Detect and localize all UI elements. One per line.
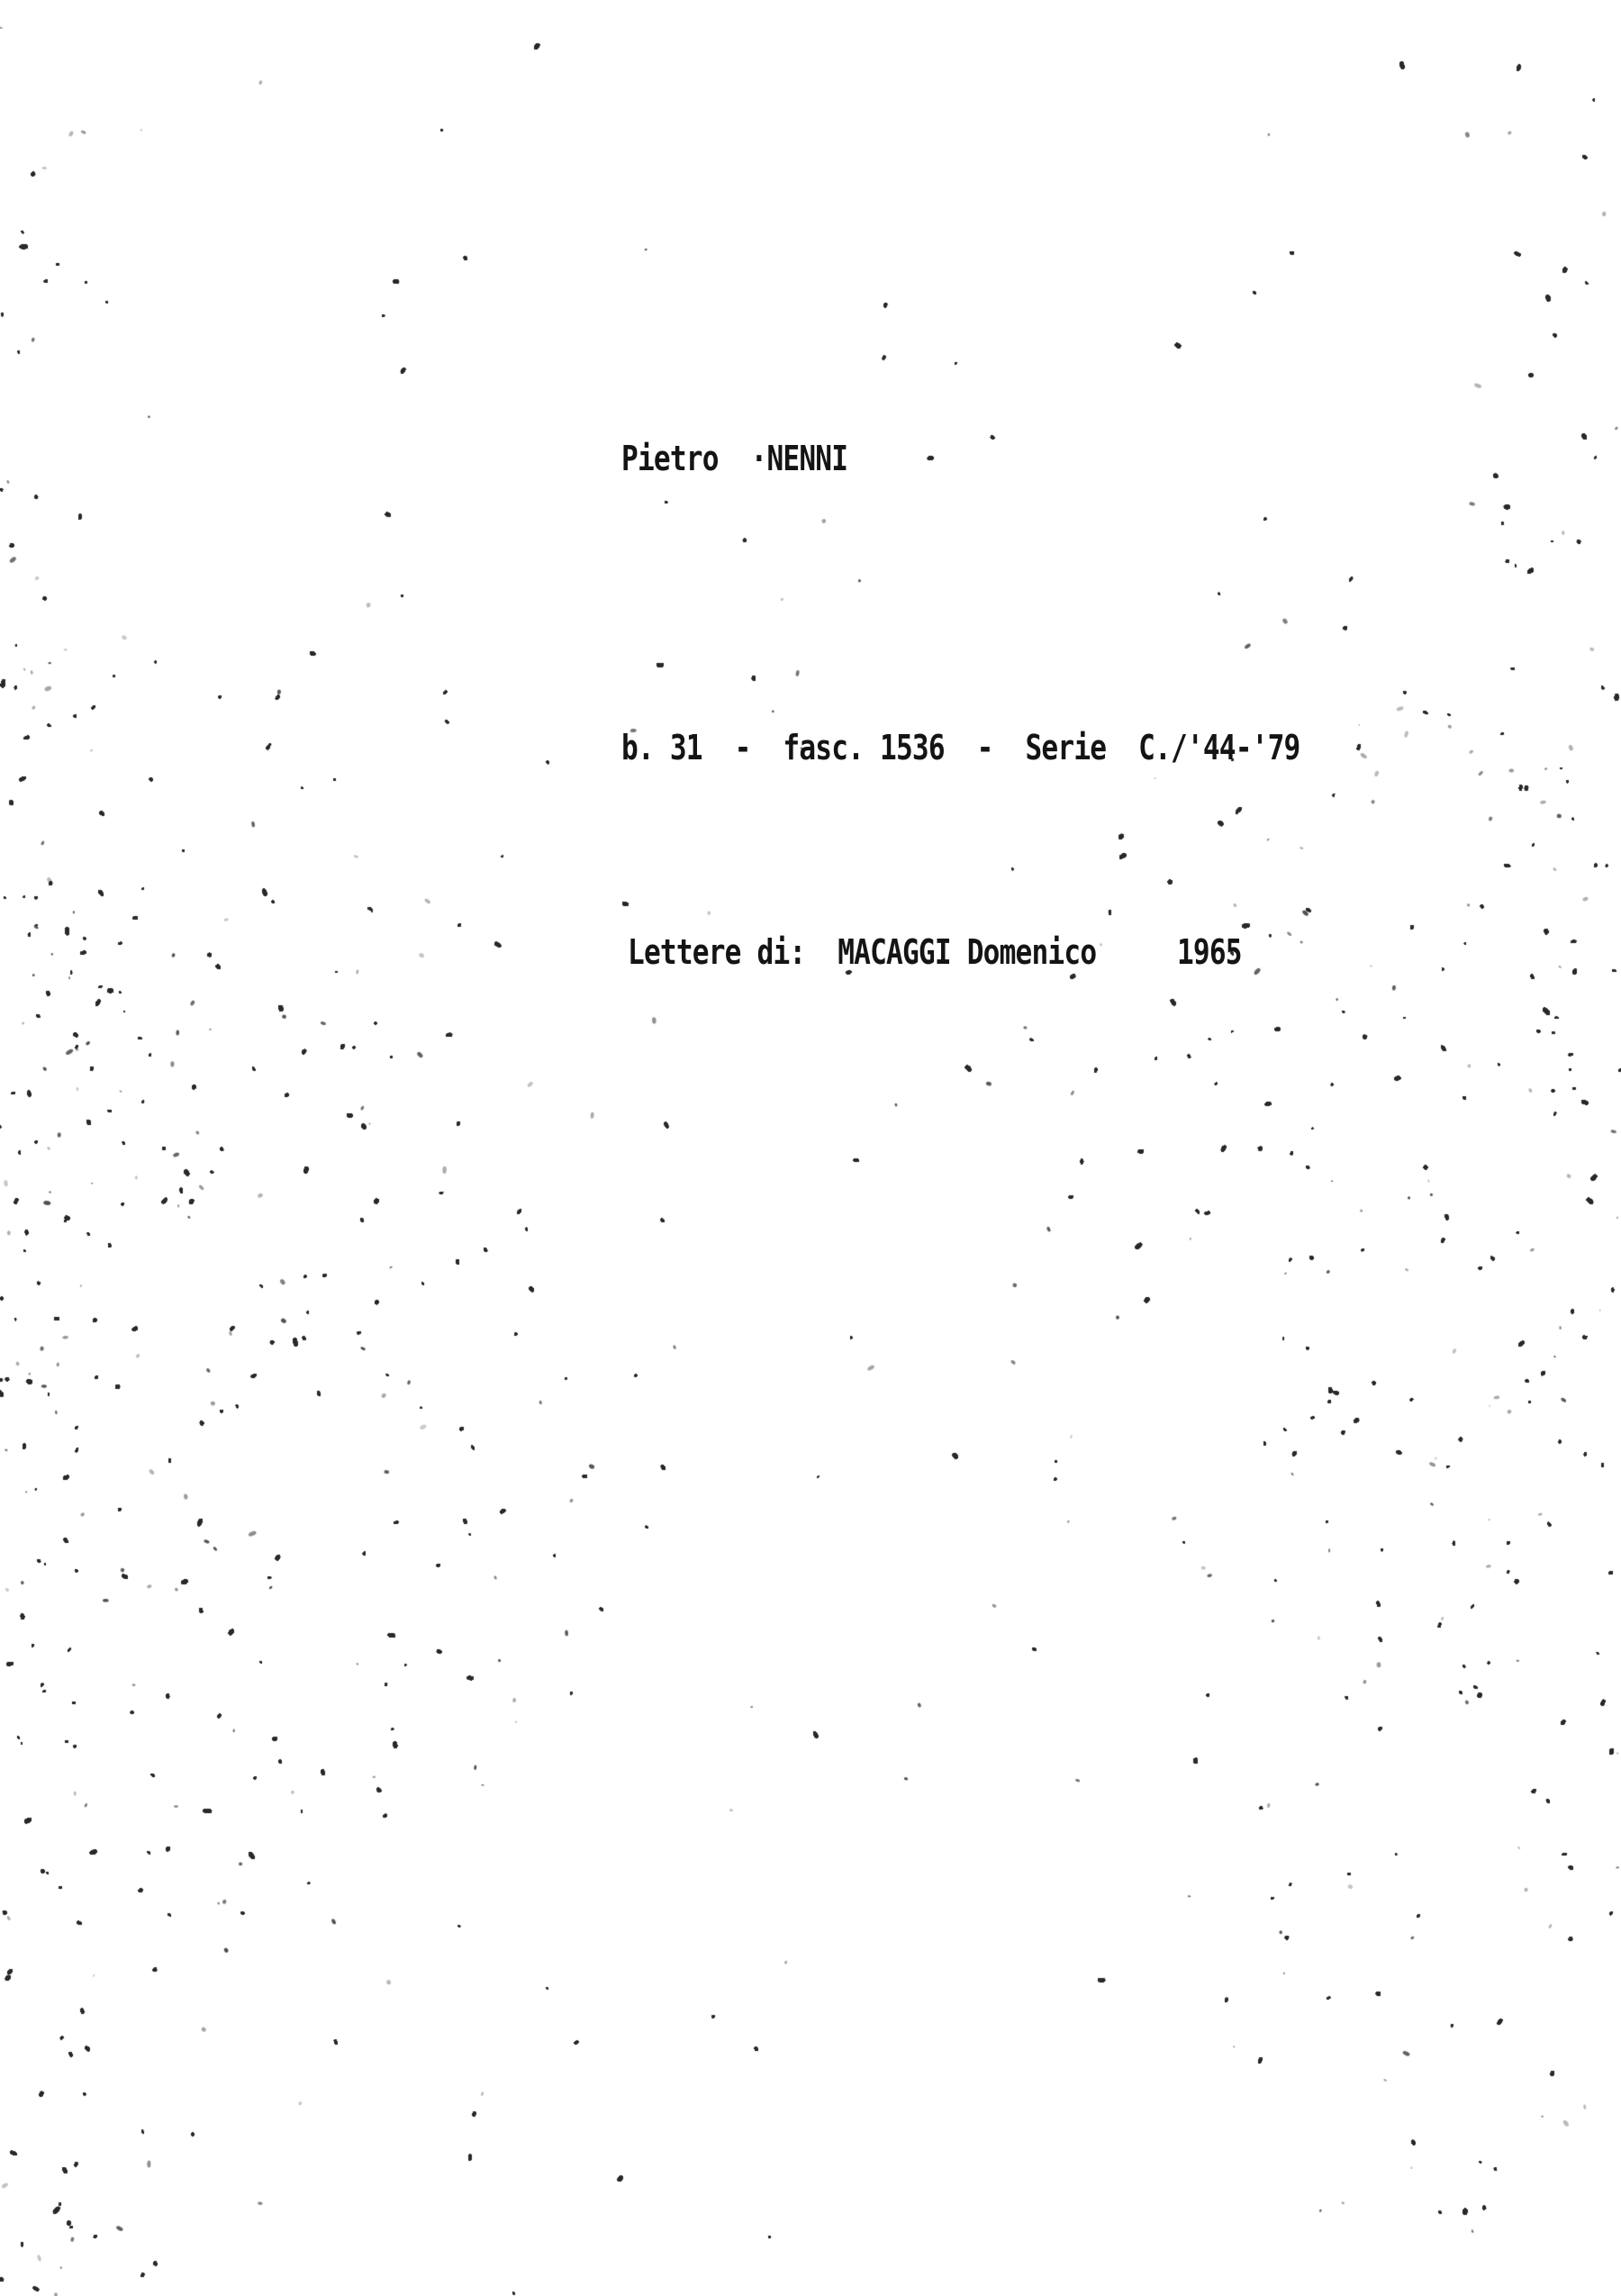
scan-speckle-background [0,0,1621,2296]
archive-reference: b. 31 - fasc. 1536 - Serie C./'44-'79 [621,728,1300,767]
correspondence-line: Lettere di: MACAGGI Domenico 1965 [628,932,1242,972]
author-heading: Pietro ·NENNI [621,439,847,478]
